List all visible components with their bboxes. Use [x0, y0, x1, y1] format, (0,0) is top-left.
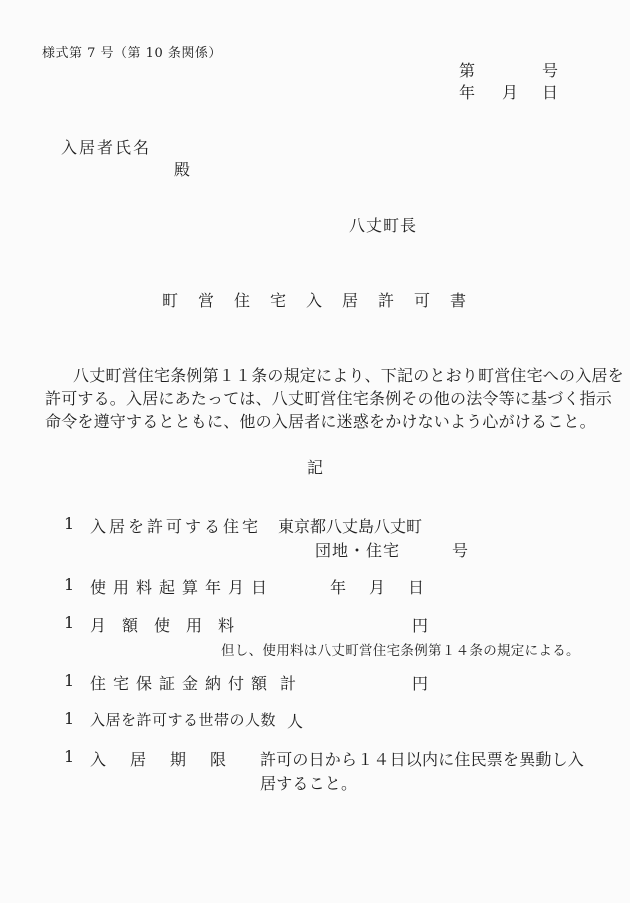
item-value-estate-label: 団地・住宅 [315, 538, 400, 561]
item-number: 1 [64, 671, 74, 690]
item-value-month-label: 月 [369, 575, 385, 598]
addressee-name-label: 入居者氏名 [61, 138, 151, 157]
item-row-permitted-housing: 1 入居を許可する住宅 東京都八丈島八丈町 [0, 514, 630, 538]
addressee-honorific: 殿 [174, 160, 190, 179]
date-day-label: 日 [542, 83, 558, 102]
item-note: 但し、使用料は八丈町営住宅条例第１４条の規定による。 [221, 639, 580, 659]
item-value-yen-label: 円 [412, 671, 428, 694]
item-label: 月 額 使 用 料 [90, 613, 234, 636]
date-year-label: 年 [459, 83, 475, 102]
item-row-fee-start-date: 1 使用料起算年月日 年 月 日 [0, 575, 630, 599]
item-value-deadline-line2: 居すること。 [260, 771, 357, 794]
section-marker: 記 [0, 458, 630, 477]
issuer-title: 八丈町長 [349, 216, 417, 235]
document-title: 町 営 住 宅 入 居 許 可 書 [0, 291, 630, 310]
item-row-movein-deadline: 1 入 居 期 限 許可の日から１４日以内に住民票を異動し入 [0, 747, 630, 771]
item-total-label: 計 [280, 671, 296, 694]
item-value-day-label: 日 [408, 575, 424, 598]
item-row-household-size: 1 入居を許可する世帯の人数 人 [0, 709, 630, 733]
item-label: 入居を許可する世帯の人数 [90, 709, 276, 730]
item-value-year-label: 年 [330, 575, 346, 598]
item-label: 入居を許可する住宅 [90, 514, 261, 537]
item-row-monthly-fee: 1 月 額 使 用 料 円 [0, 613, 630, 637]
item-row-permitted-housing-line2: 団地・住宅 号 [0, 538, 630, 562]
date-month-label: 月 [502, 83, 518, 102]
item-row-movein-deadline-line2: 居すること。 [0, 771, 630, 795]
item-value-unit-number-label: 号 [452, 538, 468, 561]
body-paragraph-line: 八丈町営住宅条例第１１条の規定により、下記のとおり町営住宅への入居を [45, 366, 624, 385]
item-number: 1 [64, 575, 74, 594]
item-label: 入 居 期 限 [90, 747, 230, 770]
item-number: 1 [64, 613, 74, 632]
doc-number-prefix: 第 [459, 61, 475, 80]
body-paragraph-line: 命令を遵守するとともに、他の入居者に迷惑をかけないよう心がけること。 [45, 412, 596, 431]
item-number: 1 [64, 514, 74, 533]
item-value-person-label: 人 [287, 709, 303, 732]
body-paragraph-line: 許可する。入居にあたっては、八丈町営住宅条例その他の法令等に基づく指示 [45, 389, 612, 408]
form-style-number: 様式第 7 号（第 10 条関係） [42, 46, 222, 62]
item-value-yen-label: 円 [412, 613, 428, 636]
item-label: 使用料起算年月日 [90, 575, 274, 598]
item-value-deadline-line1: 許可の日から１４日以内に住民票を異動し入 [260, 747, 584, 770]
item-number: 1 [64, 747, 74, 766]
item-label: 住宅保証金納付額 [90, 671, 274, 694]
item-value-address: 東京都八丈島八丈町 [278, 514, 422, 537]
item-row-monthly-fee-note: 但し、使用料は八丈町営住宅条例第１４条の規定による。 [0, 639, 630, 663]
item-number: 1 [64, 709, 74, 728]
item-row-deposit-amount: 1 住宅保証金納付額 計 円 [0, 671, 630, 695]
housing-permit-document: 様式第 7 号（第 10 条関係） 第 号 年 月 日 入居者氏名 殿 八丈町長… [0, 0, 630, 903]
doc-number-suffix: 号 [542, 61, 558, 80]
